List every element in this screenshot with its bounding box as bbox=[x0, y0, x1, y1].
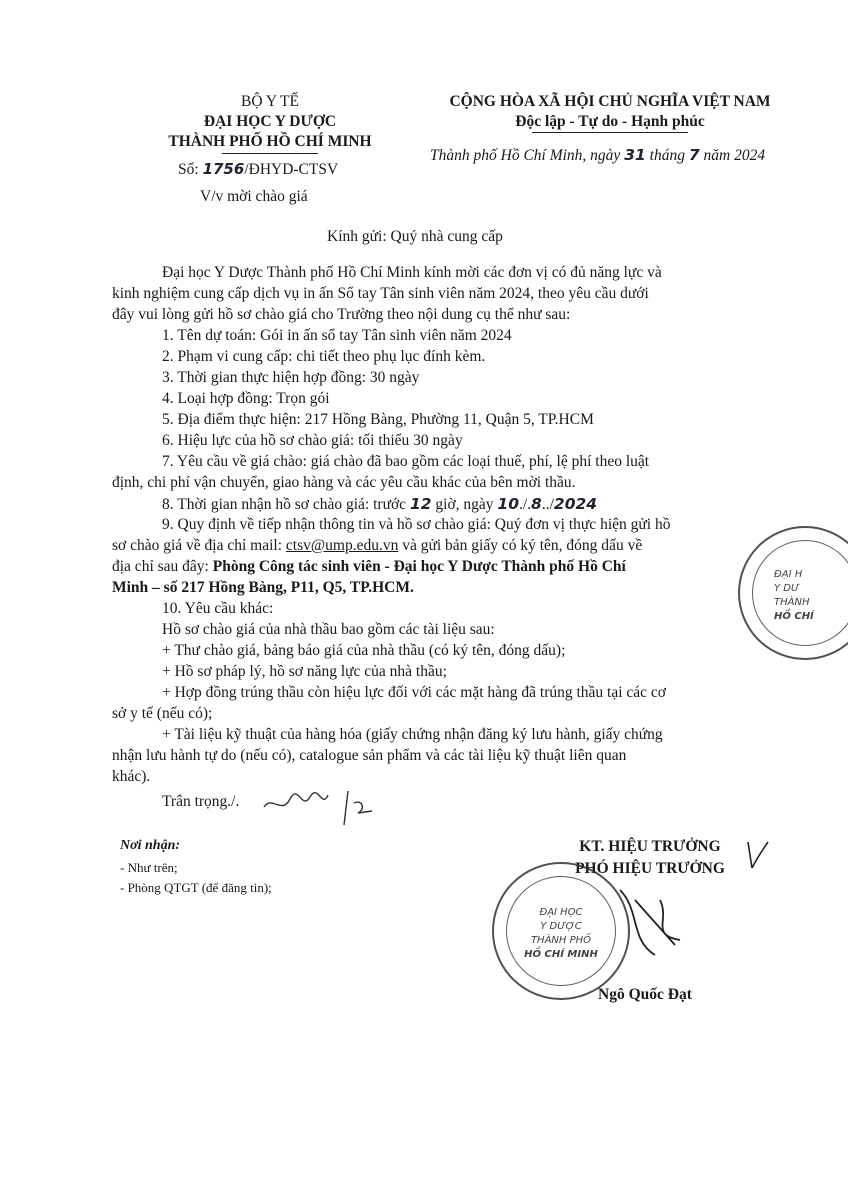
margin-stamp: ĐẠI H Y DƯ THÀNH HỒ CHÍ bbox=[738, 526, 848, 660]
recipients-title: Nơi nhận: bbox=[120, 838, 180, 854]
item-10-bullet-4-line-3: khác). bbox=[112, 768, 150, 786]
item-9-line-4: Minh – số 217 Hồng Bàng, P11, Q5, TP.HCM… bbox=[112, 579, 414, 597]
item-10-bullet-4-line-2: nhận lưu hành tự do (nếu có), catalogue … bbox=[112, 747, 626, 765]
header-right: CỘNG HÒA XÃ HỘI CHỦ NGHĨA VIỆT NAM Độc l… bbox=[420, 92, 800, 132]
recipient-item-1: - Như trên; bbox=[120, 860, 178, 876]
recipient-item-2: - Phòng QTGT (để đăng tin); bbox=[120, 880, 272, 896]
document-number: Số: 1756/ĐHYD-CTSV bbox=[178, 160, 338, 179]
item-4: 4. Loại hợp đồng: Trọn gói bbox=[162, 390, 330, 408]
recipient-line: Kính gửi: Quý nhà cung cấp bbox=[327, 228, 503, 246]
item-10-bullet-1: + Thư chào giá, bảng báo giá của nhà thầ… bbox=[162, 642, 565, 660]
closing: Trân trọng./. bbox=[162, 793, 239, 811]
item-10-bullet-3-line-1: + Hợp đồng trúng thầu còn hiệu lực đối v… bbox=[162, 684, 666, 702]
header-left: BỘ Y TẾ ĐẠI HỌC Y DƯỢC THÀNH PHỐ HỒ CHÍ … bbox=[140, 92, 400, 152]
university-name-line1: ĐẠI HỌC Y DƯỢC bbox=[140, 112, 400, 132]
item-2: 2. Phạm vi cung cấp: chi tiết theo phụ l… bbox=[162, 348, 485, 366]
header-right-rule bbox=[532, 132, 688, 133]
stamp-text: ĐẠI HỌC Y DƯỢC THÀNH PHỐ HỒ CHÍ MINH bbox=[520, 906, 602, 962]
item-9-line-1: 9. Quy định về tiếp nhận thông tin và hồ… bbox=[162, 516, 670, 534]
item-10-intro: Hồ sơ chào giá của nhà thầu bao gồm các … bbox=[162, 621, 495, 639]
item-9-line-2: sơ chào giá về địa chỉ mail: ctsv@ump.ed… bbox=[112, 537, 642, 555]
item-10-bullet-2: + Hồ sơ pháp lý, hồ sơ năng lực của nhà … bbox=[162, 663, 447, 681]
signatory-name: Ngô Quốc Đạt bbox=[598, 986, 692, 1004]
initial-signature bbox=[262, 785, 382, 830]
document-subject: V/v mời chào giá bbox=[200, 188, 308, 206]
signature-title-1: KT. HIỆU TRƯỞNG bbox=[540, 836, 760, 858]
email-link[interactable]: ctsv@ump.edu.vn bbox=[286, 537, 398, 554]
margin-stamp-text: ĐẠI H Y DƯ THÀNH HỒ CHÍ bbox=[774, 568, 834, 624]
item-7-line-2: định, chi phí vận chuyển, giao hàng và c… bbox=[112, 474, 576, 492]
item-6: 6. Hiệu lực của hồ sơ chào giá: tối thiể… bbox=[162, 432, 463, 450]
item-10-bullet-3-line-2: sở y tế (nếu có); bbox=[112, 705, 212, 723]
official-stamp: ĐẠI HỌC Y DƯỢC THÀNH PHỐ HỒ CHÍ MINH bbox=[492, 862, 630, 1000]
doc-number-handwritten: 1756 bbox=[203, 160, 245, 178]
item-10-title: 10. Yêu cầu khác: bbox=[162, 600, 273, 618]
signature-mark bbox=[742, 838, 772, 874]
nation-motto: Độc lập - Tự do - Hạnh phúc bbox=[420, 112, 800, 132]
intro-line-2: kinh nghiệm cung cấp dịch vụ in ấn Sổ ta… bbox=[112, 285, 649, 303]
item-7-line-1: 7. Yêu cầu về giá chào: giá chào đã bao … bbox=[162, 453, 649, 471]
item-10-bullet-4-line-1: + Tài liệu kỹ thuật của hàng hóa (giấy c… bbox=[162, 726, 663, 744]
item-3: 3. Thời gian thực hiện hợp đồng: 30 ngày bbox=[162, 369, 419, 387]
item-8: 8. Thời gian nhận hồ sơ chào giá: trước … bbox=[162, 495, 597, 514]
item-1: 1. Tên dự toán: Gói in ấn sổ tay Tân sin… bbox=[162, 327, 512, 345]
university-name-line2: THÀNH PHỐ HỒ CHÍ MINH bbox=[140, 132, 400, 152]
intro-line-3: đây vui lòng gửi hồ sơ chào giá cho Trườ… bbox=[112, 306, 570, 324]
header-left-rule bbox=[222, 153, 318, 154]
ministry-name: BỘ Y TẾ bbox=[140, 92, 400, 112]
intro-line-1: Đại học Y Dược Thành phố Hồ Chí Minh kín… bbox=[162, 264, 662, 282]
nation-title: CỘNG HÒA XÃ HỘI CHỦ NGHĨA VIỆT NAM bbox=[420, 92, 800, 112]
item-9-line-3: địa chỉ sau đây: Phòng Công tác sinh viê… bbox=[112, 558, 626, 576]
item-5: 5. Địa điểm thực hiện: 217 Hồng Bàng, Ph… bbox=[162, 411, 594, 429]
document-date: Thành phố Hồ Chí Minh, ngày 31 tháng 7 n… bbox=[430, 146, 765, 165]
